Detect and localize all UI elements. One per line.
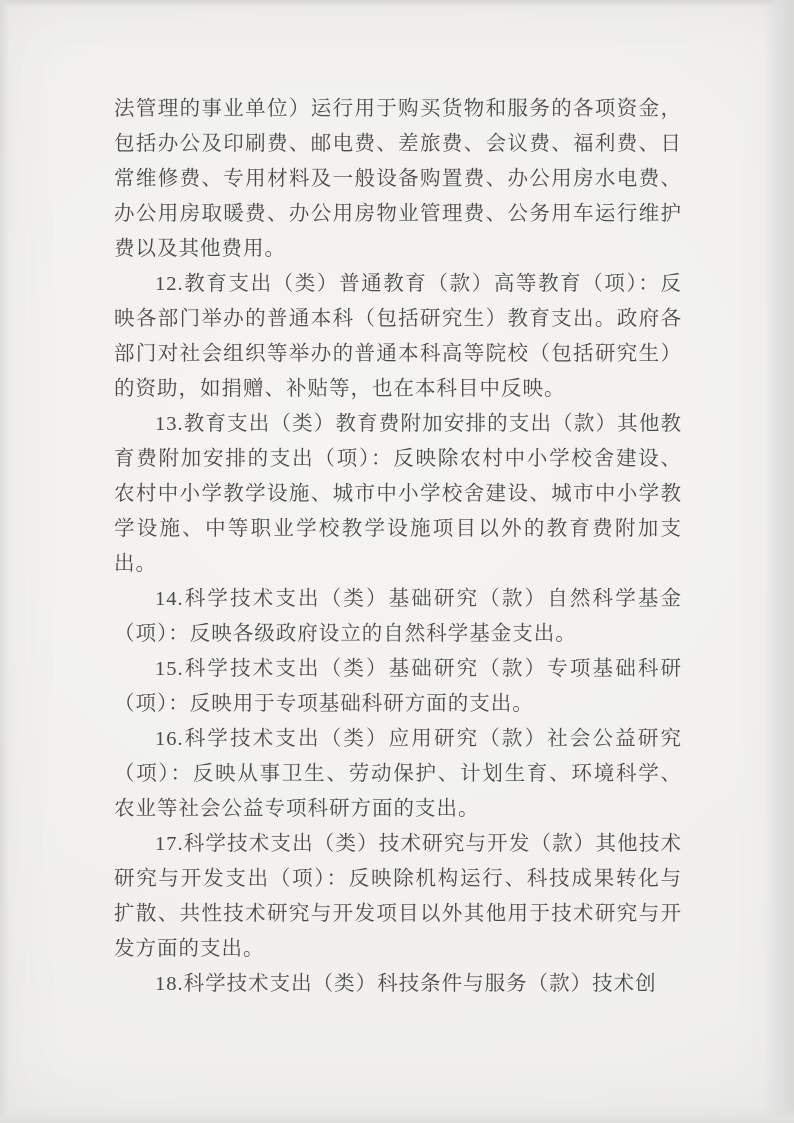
paragraph-item-13: 13.教育支出（类）教育费附加安排的支出（款）其他教育费附加安排的支出（项）：反… — [114, 407, 682, 582]
scan-edge-shading-left — [0, 0, 9, 1123]
paragraph-item-12: 12.教育支出（类）普通教育（款）高等教育（项）：反映各部门举办的普通本科（包括… — [114, 267, 682, 407]
paragraph-item-18: 18.科学技术支出（类）科技条件与服务（款）技术创 — [114, 967, 682, 1002]
paragraph-item-15: 15.科学技术支出（类）基础研究（款）专项基础科研（项）：反映用于专项基础科研方… — [114, 652, 682, 722]
scan-edge-shading-top — [0, 0, 794, 7]
scanned-document-page: 法管理的事业单位）运行用于购买货物和服务的各项资金，包括办公及印刷费、邮电费、差… — [0, 0, 794, 1123]
paragraph-item-16: 16.科学技术支出（类）应用研究（款）社会公益研究（项）：反映从事卫生、劳动保护… — [114, 722, 682, 827]
document-body-text: 法管理的事业单位）运行用于购买货物和服务的各项资金，包括办公及印刷费、邮电费、差… — [114, 92, 682, 1002]
scan-edge-shading-right — [764, 0, 794, 1123]
paragraph-item-17: 17.科学技术支出（类）技术研究与开发（款）其他技术研究与开发支出（项）：反映除… — [114, 827, 682, 967]
scan-edge-shading-bottom — [0, 1109, 794, 1123]
paragraph-item-14: 14.科学技术支出（类）基础研究（款）自然科学基金（项）：反映各级政府设立的自然… — [114, 582, 682, 652]
paragraph-continuation: 法管理的事业单位）运行用于购买货物和服务的各项资金，包括办公及印刷费、邮电费、差… — [114, 92, 682, 267]
